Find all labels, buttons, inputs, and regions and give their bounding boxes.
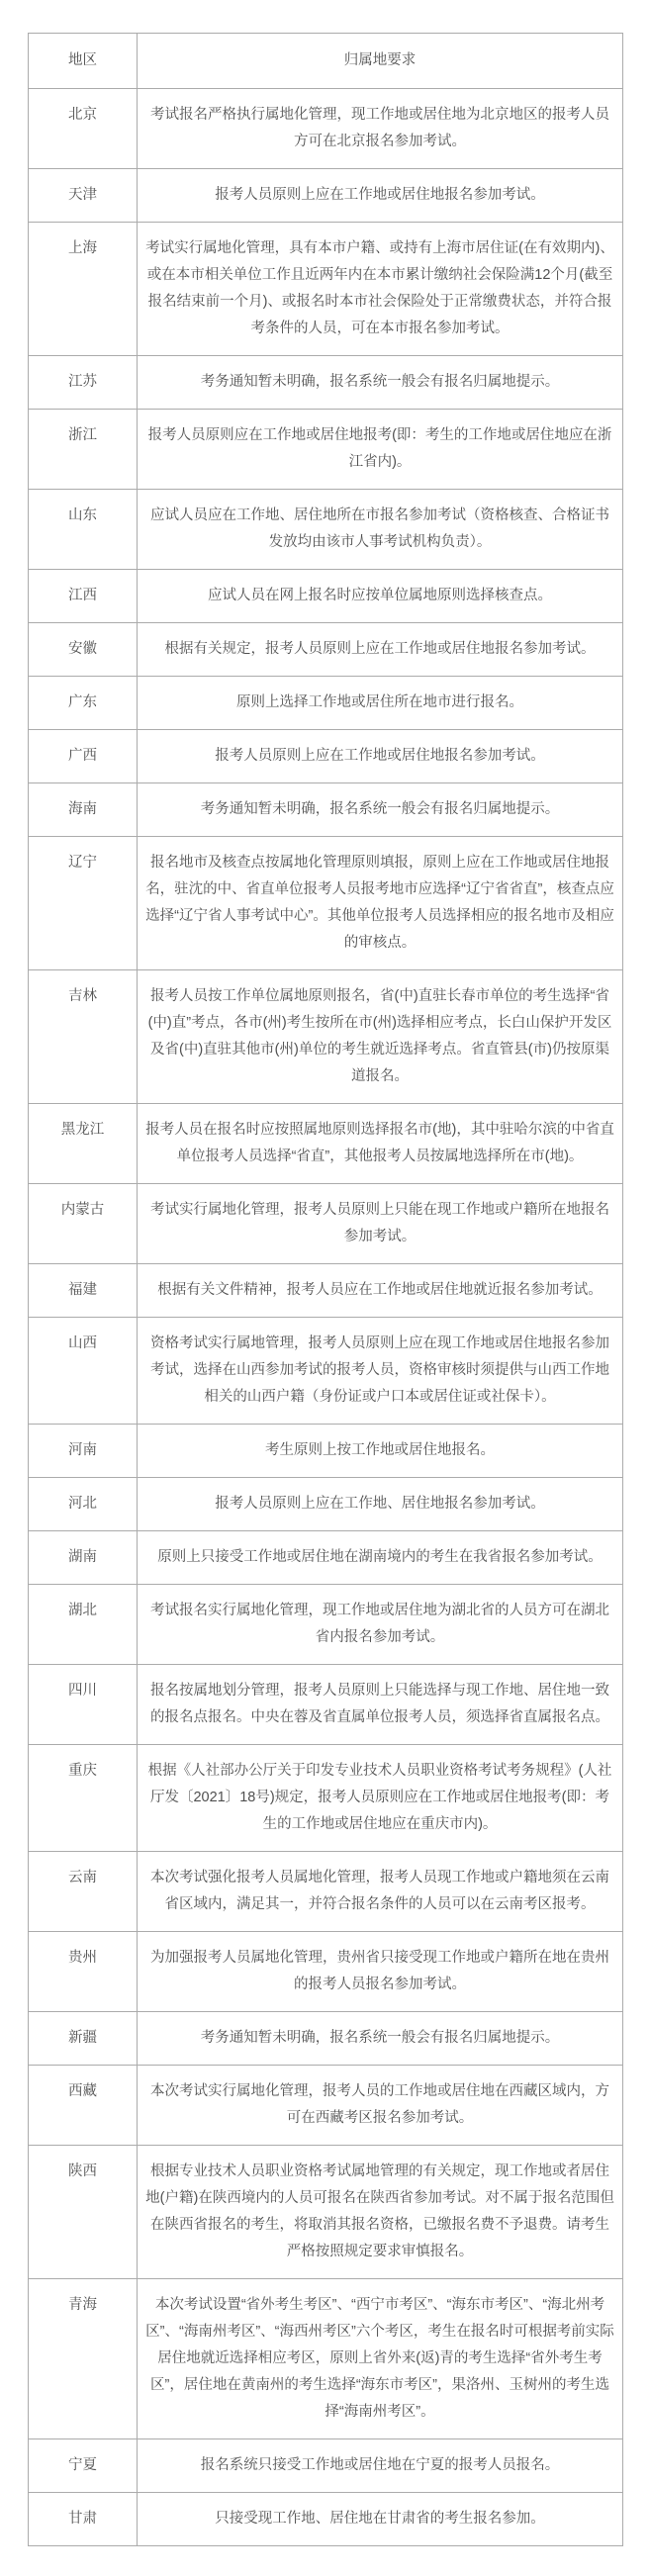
requirement-cell: 考试实行属地化管理，具有本市户籍、或持有上海市居住证(在有效期内)、或在本市相关… [138,223,623,356]
requirement-cell: 根据专业技术人员职业资格考试属地管理的有关规定，现工作地或者居住地(户籍)在陕西… [138,2146,623,2279]
table-row: 广东原则上选择工作地或居住所在地市进行报名。 [29,677,623,730]
table-body: 北京考试报名严格执行属地化管理，现工作地或居住地为北京地区的报考人员方可在北京报… [29,89,623,2546]
region-cell: 黑龙江 [29,1104,138,1184]
region-cell: 广东 [29,677,138,730]
table-row: 青海本次考试设置“省外考生考区”、“西宁市考区”、“海东市考区”、“海北州考区”… [29,2279,623,2439]
table-row: 江西应试人员在网上报名时应按单位属地原则选择核查点。 [29,570,623,623]
region-cell: 北京 [29,89,138,169]
table-row: 重庆根据《人社部办公厅关于印发专业技术人员职业资格考试考务规程》(人社厅发〔20… [29,1745,623,1852]
table-row: 黑龙江报考人员在报名时应按照属地原则选择报名市(地)，其中驻哈尔滨的中省直单位报… [29,1104,623,1184]
requirement-cell: 考生原则上按工作地或居住地报名。 [138,1425,623,1478]
region-cell: 新疆 [29,2012,138,2066]
requirement-cell: 本次考试设置“省外考生考区”、“西宁市考区”、“海东市考区”、“海北州考区”、“… [138,2279,623,2439]
table-row: 河南考生原则上按工作地或居住地报名。 [29,1425,623,1478]
region-cell: 甘肃 [29,2493,138,2546]
requirement-cell: 报考人员按工作单位属地原则报名，省(中)直驻长春市单位的考生选择“省(中)直”考… [138,970,623,1104]
table-row: 贵州为加强报考人员属地化管理，贵州省只接受现工作地或户籍所在地在贵州的报考人员报… [29,1932,623,2012]
region-cell: 浙江 [29,410,138,490]
requirement-cell: 报名系统只接受工作地或居住地在宁夏的报考人员报名。 [138,2439,623,2493]
table-row: 吉林报考人员按工作单位属地原则报名，省(中)直驻长春市单位的考生选择“省(中)直… [29,970,623,1104]
table-row: 安徽根据有关规定，报考人员原则上应在工作地或居住地报名参加考试。 [29,623,623,677]
requirement-cell: 考试报名实行属地化管理，现工作地或居住地为湖北省的人员方可在湖北省内报名参加考试… [138,1585,623,1665]
requirement-cell: 本次考试强化报考人员属地化管理，报考人员现工作地或户籍地须在云南省区域内，满足其… [138,1852,623,1932]
requirement-cell: 原则上选择工作地或居住所在地市进行报名。 [138,677,623,730]
region-cell: 河南 [29,1425,138,1478]
table-row: 内蒙古考试实行属地化管理，报考人员原则上只能在现工作地或户籍所在地报名参加考试。 [29,1184,623,1264]
region-cell: 河北 [29,1478,138,1531]
requirement-cell: 考试实行属地化管理，报考人员原则上只能在现工作地或户籍所在地报名参加考试。 [138,1184,623,1264]
region-cell: 安徽 [29,623,138,677]
region-cell: 山西 [29,1318,138,1425]
table-row: 甘肃只接受现工作地、居住地在甘肃省的考生报名参加。 [29,2493,623,2546]
region-cell: 西藏 [29,2066,138,2146]
requirement-cell: 为加强报考人员属地化管理，贵州省只接受现工作地或户籍所在地在贵州的报考人员报名参… [138,1932,623,2012]
requirement-cell: 报考人员原则应在工作地或居住地报考(即：考生的工作地或居住地应在浙江省内)。 [138,410,623,490]
requirement-cell: 应试人员应在工作地、居住地所在市报名参加考试（资格核查、合格证书发放均由该市人事… [138,490,623,570]
table-row: 四川报名按属地划分管理，报考人员原则上只能选择与现工作地、居住地一致的报名点报名… [29,1665,623,1745]
requirement-cell: 只接受现工作地、居住地在甘肃省的考生报名参加。 [138,2493,623,2546]
region-cell: 辽宁 [29,837,138,970]
column-header-region: 地区 [29,34,138,89]
table-row: 海南考务通知暂未明确，报名系统一般会有报名归属地提示。 [29,783,623,837]
requirement-cell: 报考人员原则上应在工作地、居住地报名参加考试。 [138,1478,623,1531]
header-row: 地区 归属地要求 [29,34,623,89]
table-row: 北京考试报名严格执行属地化管理，现工作地或居住地为北京地区的报考人员方可在北京报… [29,89,623,169]
page: 地区 归属地要求 北京考试报名严格执行属地化管理，现工作地或居住地为北京地区的报… [0,0,650,2576]
region-cell: 云南 [29,1852,138,1932]
requirement-cell: 考务通知暂未明确，报名系统一般会有报名归属地提示。 [138,2012,623,2066]
table-row: 云南本次考试强化报考人员属地化管理，报考人员现工作地或户籍地须在云南省区域内，满… [29,1852,623,1932]
requirement-cell: 报名地市及核查点按属地化管理原则填报，原则上应在工作地或居住地报名，驻沈的中、省… [138,837,623,970]
requirement-cell: 根据有关文件精神，报考人员应在工作地或居住地就近报名参加考试。 [138,1264,623,1318]
region-cell: 海南 [29,783,138,837]
requirement-cell: 报考人员在报名时应按照属地原则选择报名市(地)，其中驻哈尔滨的中省直单位报考人员… [138,1104,623,1184]
table-row: 天津报考人员原则上应在工作地或居住地报名参加考试。 [29,169,623,223]
table-row: 辽宁报名地市及核查点按属地化管理原则填报，原则上应在工作地或居住地报名，驻沈的中… [29,837,623,970]
requirement-cell: 报名按属地划分管理，报考人员原则上只能选择与现工作地、居住地一致的报名点报名。中… [138,1665,623,1745]
region-cell: 重庆 [29,1745,138,1852]
region-cell: 山东 [29,490,138,570]
region-cell: 福建 [29,1264,138,1318]
table-row: 新疆考务通知暂未明确，报名系统一般会有报名归属地提示。 [29,2012,623,2066]
column-header-requirement: 归属地要求 [138,34,623,89]
requirement-cell: 原则上只接受工作地或居住地在湖南境内的考生在我省报名参加考试。 [138,1531,623,1585]
region-cell: 江西 [29,570,138,623]
table-row: 山西资格考试实行属地管理，报考人员原则上应在现工作地或居住地报名参加考试，选择在… [29,1318,623,1425]
region-cell: 青海 [29,2279,138,2439]
table-row: 河北报考人员原则上应在工作地、居住地报名参加考试。 [29,1478,623,1531]
requirement-cell: 资格考试实行属地管理，报考人员原则上应在现工作地或居住地报名参加考试，选择在山西… [138,1318,623,1425]
region-cell: 上海 [29,223,138,356]
requirement-cell: 考务通知暂未明确，报名系统一般会有报名归属地提示。 [138,783,623,837]
region-cell: 宁夏 [29,2439,138,2493]
requirement-cell: 报考人员原则上应在工作地或居住地报名参加考试。 [138,730,623,783]
table-row: 福建根据有关文件精神，报考人员应在工作地或居住地就近报名参加考试。 [29,1264,623,1318]
table-row: 湖北考试报名实行属地化管理，现工作地或居住地为湖北省的人员方可在湖北省内报名参加… [29,1585,623,1665]
requirement-cell: 考务通知暂未明确，报名系统一般会有报名归属地提示。 [138,356,623,410]
region-cell: 陕西 [29,2146,138,2279]
region-cell: 湖南 [29,1531,138,1585]
requirement-cell: 考试报名严格执行属地化管理，现工作地或居住地为北京地区的报考人员方可在北京报名参… [138,89,623,169]
table-row: 广西报考人员原则上应在工作地或居住地报名参加考试。 [29,730,623,783]
region-cell: 四川 [29,1665,138,1745]
table-row: 宁夏报名系统只接受工作地或居住地在宁夏的报考人员报名。 [29,2439,623,2493]
region-cell: 内蒙古 [29,1184,138,1264]
region-cell: 湖北 [29,1585,138,1665]
table-row: 湖南原则上只接受工作地或居住地在湖南境内的考生在我省报名参加考试。 [29,1531,623,1585]
requirement-cell: 本次考试实行属地化管理，报考人员的工作地或居住地在西藏区域内，方可在西藏考区报名… [138,2066,623,2146]
requirement-cell: 报考人员原则上应在工作地或居住地报名参加考试。 [138,169,623,223]
table-row: 江苏考务通知暂未明确，报名系统一般会有报名归属地提示。 [29,356,623,410]
region-cell: 江苏 [29,356,138,410]
region-cell: 天津 [29,169,138,223]
requirement-cell: 根据《人社部办公厅关于印发专业技术人员职业资格考试考务规程》(人社厅发〔2021… [138,1745,623,1852]
table-row: 山东应试人员应在工作地、居住地所在市报名参加考试（资格核查、合格证书发放均由该市… [29,490,623,570]
requirement-cell: 根据有关规定，报考人员原则上应在工作地或居住地报名参加考试。 [138,623,623,677]
region-cell: 广西 [29,730,138,783]
requirement-cell: 应试人员在网上报名时应按单位属地原则选择核查点。 [138,570,623,623]
table-row: 上海考试实行属地化管理，具有本市户籍、或持有上海市居住证(在有效期内)、或在本市… [29,223,623,356]
residence-requirements-table: 地区 归属地要求 北京考试报名严格执行属地化管理，现工作地或居住地为北京地区的报… [28,33,623,2546]
table-row: 陕西根据专业技术人员职业资格考试属地管理的有关规定，现工作地或者居住地(户籍)在… [29,2146,623,2279]
table-row: 西藏本次考试实行属地化管理，报考人员的工作地或居住地在西藏区域内，方可在西藏考区… [29,2066,623,2146]
region-cell: 贵州 [29,1932,138,2012]
region-cell: 吉林 [29,970,138,1104]
table-row: 浙江报考人员原则应在工作地或居住地报考(即：考生的工作地或居住地应在浙江省内)。 [29,410,623,490]
